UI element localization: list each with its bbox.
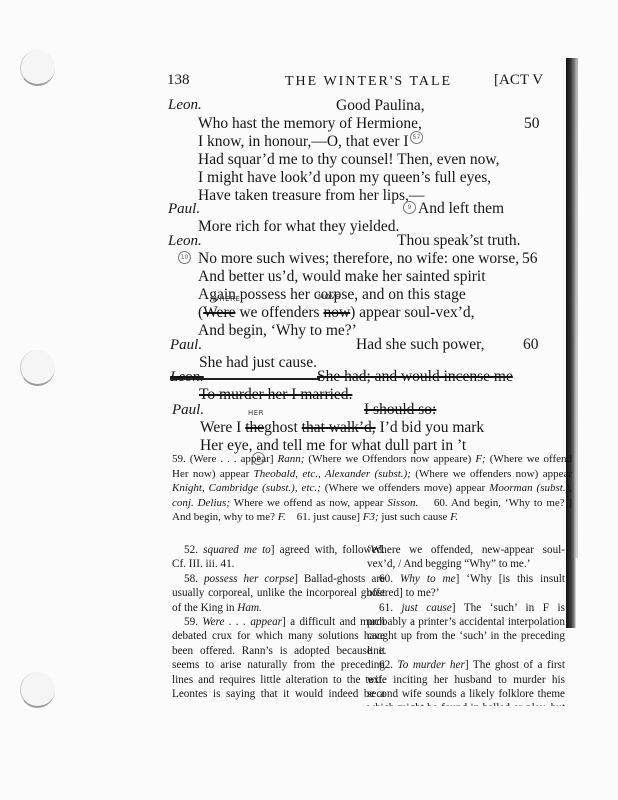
verse-line-struck: I should so: bbox=[364, 400, 436, 419]
handwritten-move: MOVE bbox=[318, 293, 341, 301]
commentary-note: ‘Where we offended, new-appear soul-vex’… bbox=[367, 543, 565, 572]
running-title: THE WINTER'S TALE bbox=[285, 74, 452, 90]
commentary-note: 61. just cause] The ‘such’ in F is proba… bbox=[367, 601, 565, 659]
speaker-label: Leon. bbox=[168, 233, 202, 250]
commentary-note: 52. squared me to] agreed with, followed… bbox=[172, 543, 385, 572]
act-marker: [ACT V bbox=[494, 72, 543, 89]
handwritten-her: HER bbox=[248, 409, 264, 417]
verse-line-edited: (Were we offenders now) appear soul-vex’… bbox=[198, 303, 475, 322]
verse-line: No more such wives; therefore, no wife: … bbox=[198, 249, 519, 268]
page-number: 138 bbox=[167, 72, 190, 89]
commentary-note: 59. Were . . . appear] a difficult and m… bbox=[172, 615, 385, 703]
verse-line: Good Paulina, bbox=[336, 96, 425, 115]
speaker-label: Paul. bbox=[170, 337, 202, 354]
commentary-right-column: ‘Where we offended, new-appear soul-vex’… bbox=[367, 543, 565, 706]
verse-line: I might have look’d upon my queen’s full… bbox=[198, 168, 491, 187]
struck-word: Were bbox=[203, 304, 235, 321]
verse-line: Who hast the memory of Hermione, bbox=[198, 114, 422, 133]
verse-line: And better us’d, would make her sainted … bbox=[198, 267, 486, 286]
verse-line: Had she such power, bbox=[356, 335, 485, 354]
verse-line: And begin, ‘Why to me?’ bbox=[198, 321, 357, 340]
verse-line: Have taken treasure from her lips,— bbox=[198, 186, 424, 205]
verse-line-struck: To murder her I married. bbox=[199, 385, 352, 404]
book-spine-edge bbox=[574, 58, 578, 558]
binder-hole-bottom bbox=[20, 672, 55, 708]
binder-hole-middle bbox=[20, 350, 55, 386]
verse-line-struck: She had; and would incense me bbox=[317, 367, 513, 386]
textual-notes: 59. (Were . . . appear] Rann; (Where we … bbox=[172, 452, 572, 525]
speaker-label: Leon. bbox=[168, 97, 202, 114]
struck-word: that walk’d, bbox=[302, 419, 376, 436]
handwritten-where: WHERE bbox=[212, 295, 240, 303]
struck-word: the bbox=[245, 419, 264, 436]
binder-hole-top bbox=[20, 50, 55, 86]
verse-line: She had just cause. bbox=[199, 353, 317, 372]
verse-line: And left them bbox=[418, 199, 504, 218]
verse-line-edited: Were I theghost that walk’d, I’d bid you… bbox=[200, 418, 484, 437]
annotation-circle: 57 bbox=[410, 131, 423, 144]
struck-word: now bbox=[323, 304, 350, 321]
commentary-note: 58. possess her corpse] Ballad-ghosts ar… bbox=[172, 572, 385, 615]
line-number: 50 bbox=[524, 114, 540, 133]
speaker-label: Paul. bbox=[168, 201, 200, 218]
speaker-label: Paul. bbox=[172, 402, 204, 419]
strike-rule bbox=[170, 378, 320, 380]
verse-line: I know, in honour,—O, that ever I bbox=[198, 132, 409, 151]
commentary-left-column: 52. squared me to] agreed with, followed… bbox=[172, 543, 385, 703]
annotation-circle: 10 bbox=[178, 251, 191, 264]
verse-line: Thou speak’st truth. bbox=[397, 231, 521, 250]
line-number: 60 bbox=[523, 335, 539, 354]
line-number: 56 bbox=[522, 249, 538, 268]
commentary-note: 60. Why to me] ‘Why [is this insult offe… bbox=[367, 572, 565, 601]
annotation-circle: 9 bbox=[403, 201, 416, 214]
verse-line: More rich for what they yielded. bbox=[198, 217, 399, 236]
commentary-note: 62. To murder her] The ghost of a first … bbox=[367, 658, 565, 706]
verse-line: Had squar’d me to thy counsel! Then, eve… bbox=[198, 150, 499, 169]
